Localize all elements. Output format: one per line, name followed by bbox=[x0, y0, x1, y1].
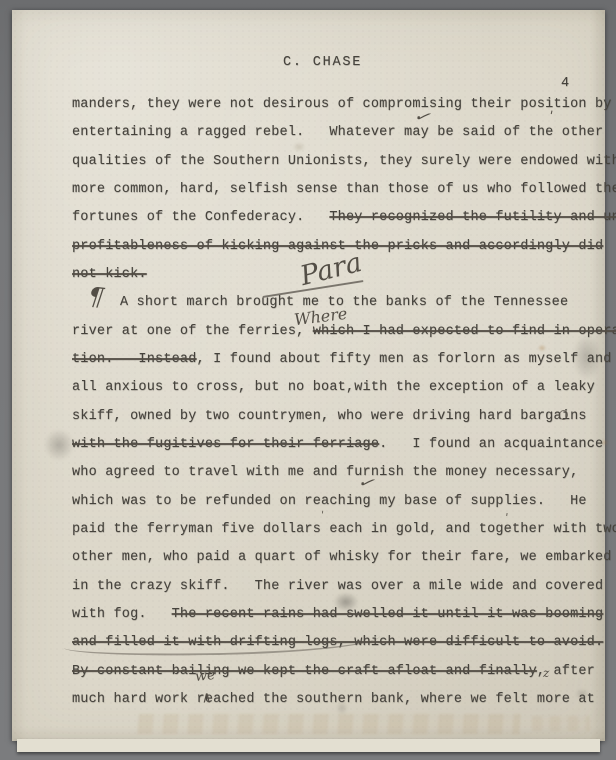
bleed-through-text bbox=[137, 714, 520, 734]
typed-text: with fog. bbox=[72, 607, 172, 622]
typed-text: . I found an acquaintance bbox=[379, 437, 603, 452]
typed-text: all anxious to cross, but no boat,with t… bbox=[72, 380, 595, 395]
pencil-check-mark: ✓ bbox=[356, 474, 376, 493]
scan-backdrop: { "page": { "header": "C. CHASE", "page_… bbox=[0, 0, 616, 760]
struck-text: which I had expected to find in opera- bbox=[313, 324, 616, 339]
typed-line: all anxious to cross, but no boat,with t… bbox=[72, 374, 616, 402]
struck-text: The recent rains had swelled it until it… bbox=[172, 607, 604, 622]
typed-line: manders, they were not desirous of compr… bbox=[72, 91, 616, 119]
typed-line: much hard work reached the southern bank… bbox=[72, 686, 616, 714]
struck-text: They recognized the futility and un- bbox=[329, 210, 616, 225]
page-header: C. CHASE bbox=[283, 55, 362, 70]
struck-text: with the fugitives for their ferriage bbox=[72, 437, 379, 452]
page-number: 4 bbox=[561, 76, 569, 91]
typed-text: much hard work reached the southern bank… bbox=[72, 692, 595, 707]
typed-line: with the fugitives for their ferriage. I… bbox=[72, 431, 616, 459]
typed-line: which was to be refunded on reaching my … bbox=[72, 488, 616, 516]
typed-text: other men, who paid a quart of whisky fo… bbox=[72, 550, 612, 565]
typed-line: tion. Instead, I found about fifty men a… bbox=[72, 346, 616, 374]
struck-text: By constant bailing we kept the craft af… bbox=[72, 664, 537, 679]
struck-text: tion. Instead bbox=[72, 352, 197, 367]
bleed-through-text bbox=[532, 716, 590, 731]
typed-text: who agreed to travel with me and furnish… bbox=[72, 465, 578, 480]
typed-line: skiff, owned by two countrymen, who were… bbox=[72, 403, 616, 431]
typed-text: in the crazy skiff. The river was over a… bbox=[72, 579, 603, 594]
typed-text: fortunes of the Confederacy. bbox=[72, 210, 329, 225]
typed-line: fortunes of the Confederacy. They recogn… bbox=[72, 204, 616, 232]
typed-text: skiff, owned by two countrymen, who were… bbox=[72, 409, 587, 424]
typed-line: more common, hard, selfish sense than th… bbox=[72, 176, 616, 204]
insertion-caret-mark: ∧ bbox=[202, 690, 212, 708]
typed-line: By constant bailing we kept the craft af… bbox=[72, 658, 616, 686]
pencil-check-mark: ✓ bbox=[412, 108, 432, 127]
typed-line: other men, who paid a quart of whisky fo… bbox=[72, 544, 616, 572]
pencil-z-mark: z bbox=[543, 666, 549, 680]
typed-line: in the crazy skiff. The river was over a… bbox=[72, 573, 616, 601]
manuscript-page: C. CHASE 4 manders, they were not desiro… bbox=[12, 10, 605, 741]
typed-text: , I found about fifty men as forlorn as … bbox=[197, 352, 612, 367]
typed-text: paid the ferryman five dollars each in g… bbox=[72, 522, 616, 537]
struck-text: not kick. bbox=[72, 267, 147, 282]
typed-text: entertaining a ragged rebel. Whatever ma… bbox=[72, 125, 603, 140]
underlying-page-edge bbox=[17, 739, 600, 752]
handwritten-insertion-we: we bbox=[194, 667, 216, 685]
typed-text: which was to be refunded on reaching my … bbox=[72, 494, 587, 509]
typed-line: qualities of the Southern Unionists, the… bbox=[72, 148, 616, 176]
typed-line: who agreed to travel with me and furnish… bbox=[72, 459, 616, 487]
typed-line: with fog. The recent rains had swelled i… bbox=[72, 601, 616, 629]
typed-line: entertaining a ragged rebel. Whatever ma… bbox=[72, 119, 616, 147]
typed-lines: manders, they were not desirous of compr… bbox=[72, 91, 616, 714]
typed-text: more common, hard, selfish sense than th… bbox=[72, 182, 616, 197]
typed-text: manders, they were not desirous of compr… bbox=[72, 97, 612, 112]
typed-text: qualities of the Southern Unionists, the… bbox=[72, 154, 616, 169]
typed-text: river at one of the ferries, bbox=[72, 324, 313, 339]
paragraph-mark: ¶ bbox=[86, 281, 105, 312]
typed-line: paid the ferryman five dollars each in g… bbox=[72, 516, 616, 544]
